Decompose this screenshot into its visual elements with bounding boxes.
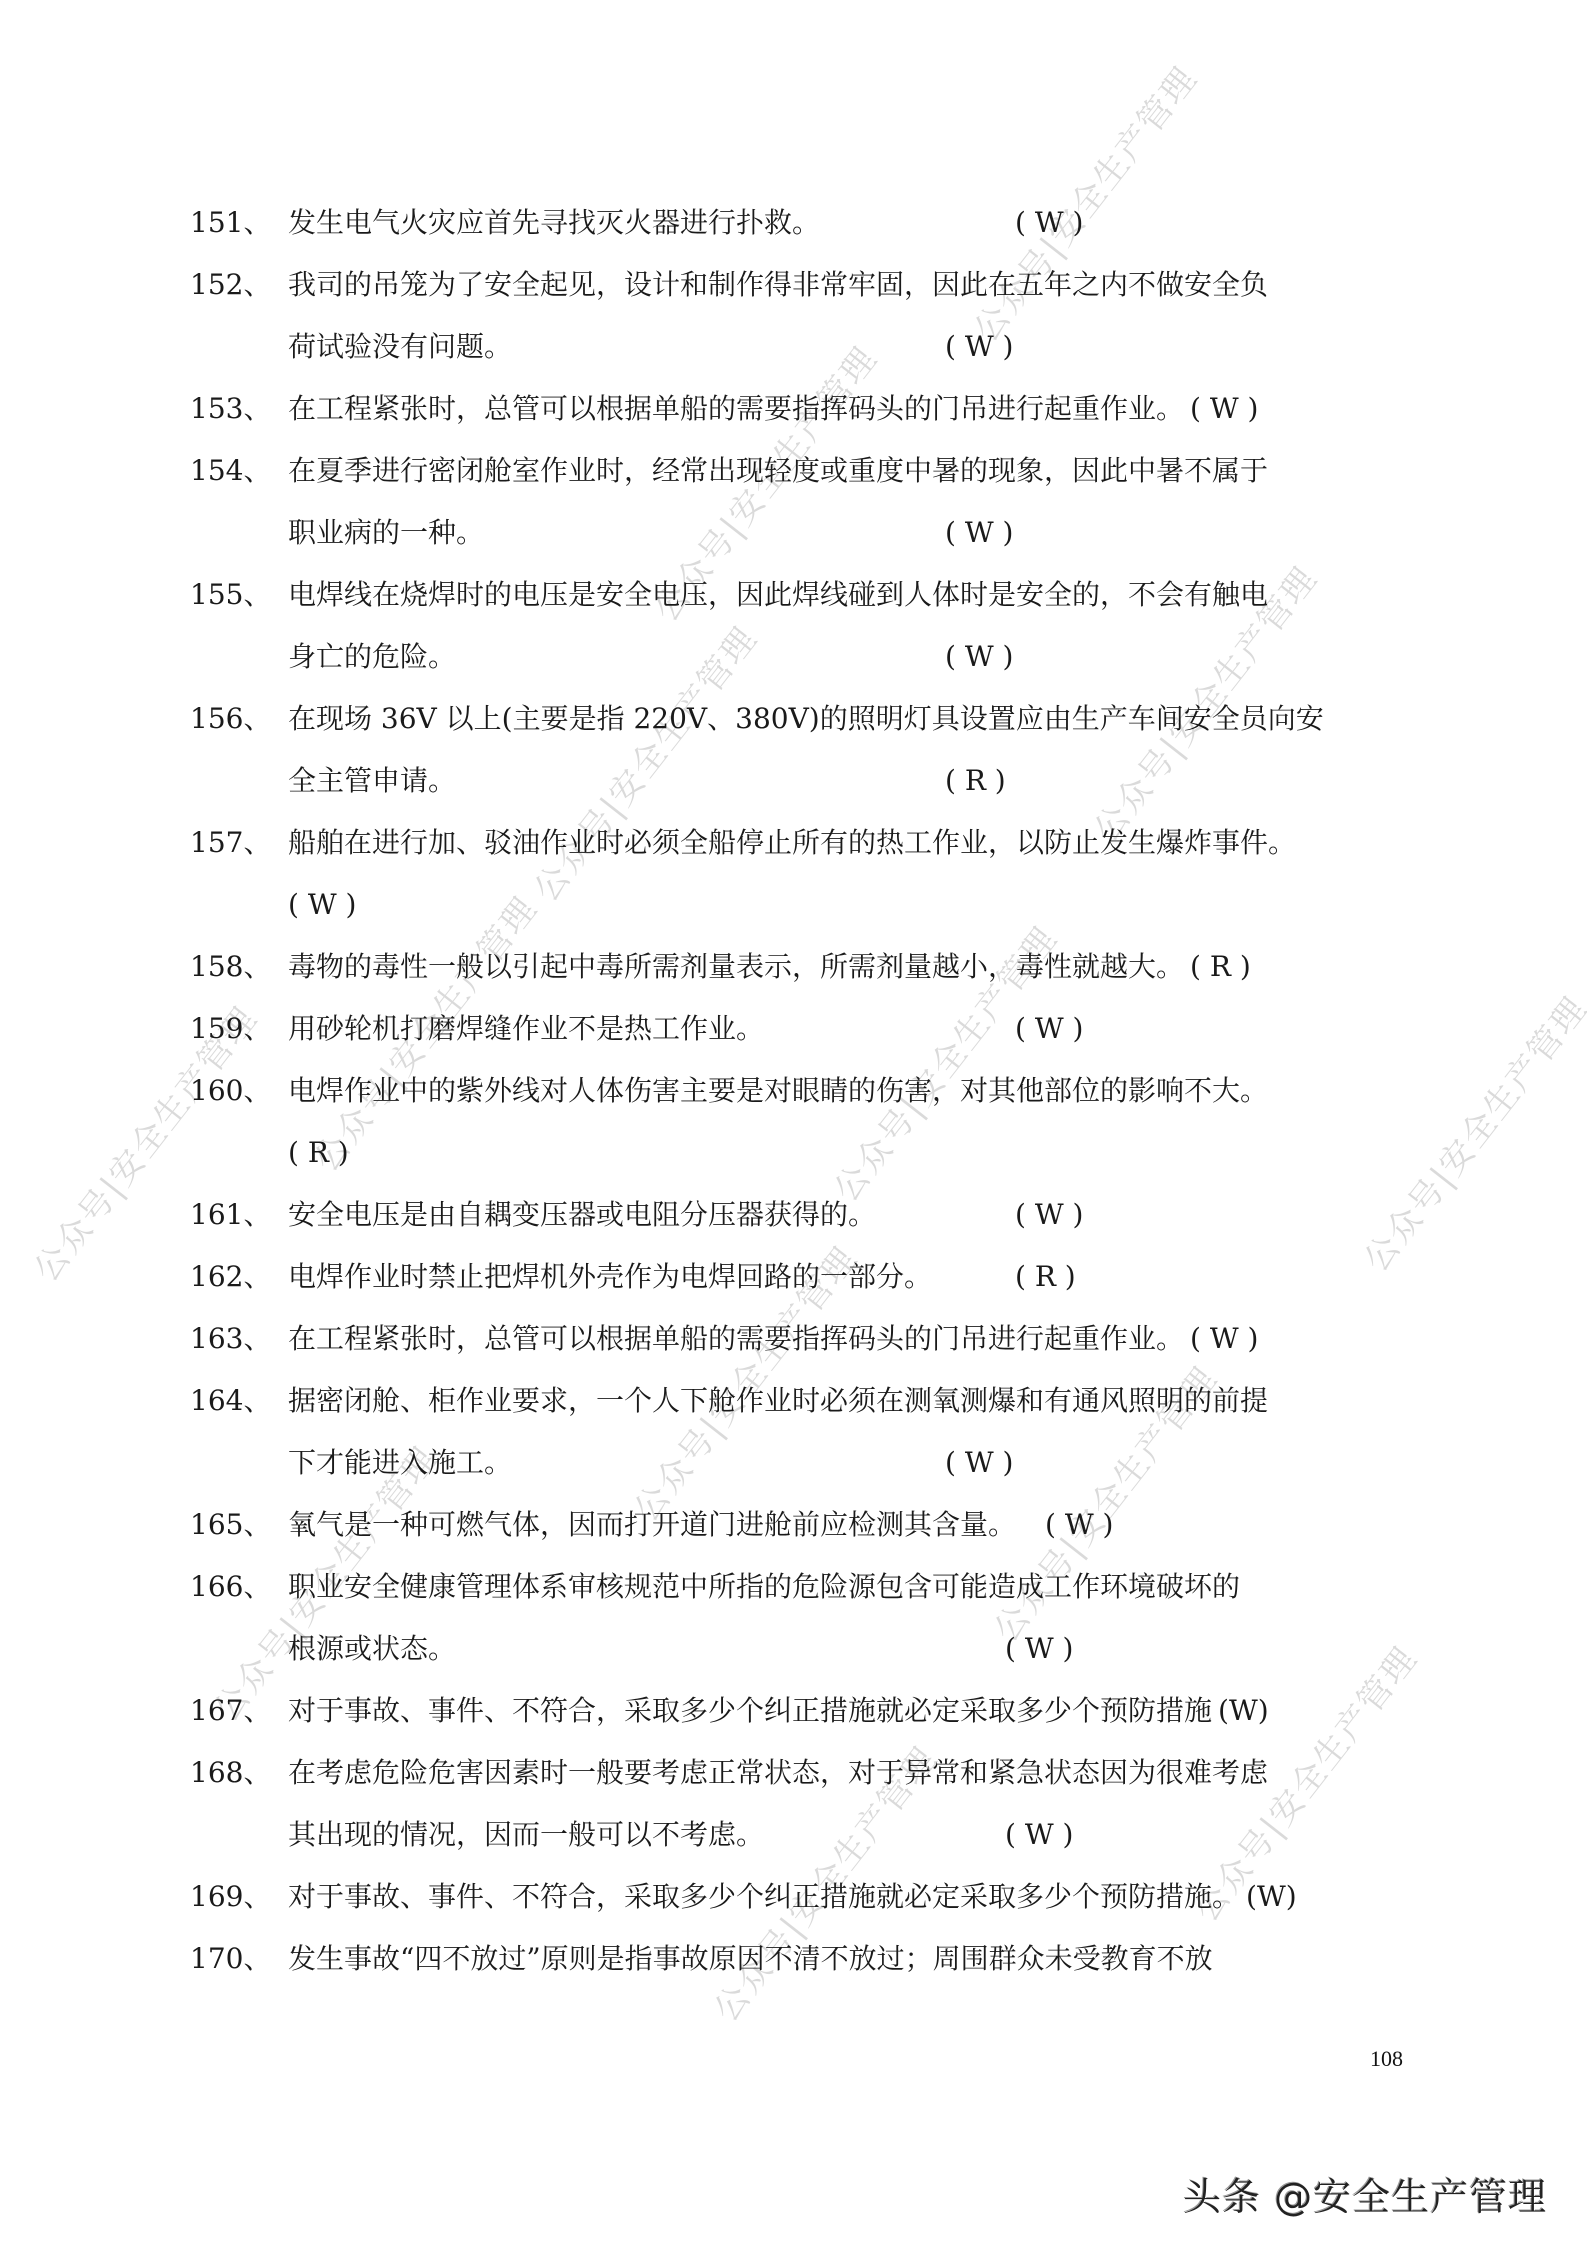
question-number: 158、 bbox=[190, 936, 286, 998]
question-item: 162、电焊作业时禁止把焊机外壳作为电焊回路的一部分。( R ) bbox=[190, 1246, 1410, 1308]
question-text-line: 电焊作业时禁止把焊机外壳作为电焊回路的一部分。( R ) bbox=[288, 1246, 1410, 1308]
question-item: 165、氧气是一种可燃气体，因而打开道门进舱前应检测其含量。( W ) bbox=[190, 1494, 1410, 1556]
answer-mark: ( W ) bbox=[1015, 998, 1083, 1060]
question-text-line: 发生电气火灾应首先寻找灭火器进行扑救。( W ) bbox=[288, 192, 1410, 254]
question-body: 船舶在进行加、驳油作业时必须全船停止所有的热工作业，以防止发生爆炸事件。( W … bbox=[288, 812, 1410, 936]
question-number: 159、 bbox=[190, 998, 286, 1060]
answer-mark: ( R ) bbox=[1015, 1246, 1076, 1308]
question-text-line: 氧气是一种可燃气体，因而打开道门进舱前应检测其含量。( W ) bbox=[288, 1494, 1410, 1556]
question-number: 164、 bbox=[190, 1370, 286, 1432]
question-text-line: 荷试验没有问题。( W ) bbox=[288, 316, 1410, 378]
question-text-line: 根源或状态。( W ) bbox=[288, 1618, 1410, 1680]
question-number: 170、 bbox=[190, 1928, 286, 1990]
question-text: 我司的吊笼为了安全起见，设计和制作得非常牢固，因此在五年之内不做安全负 bbox=[288, 268, 1268, 301]
answer-mark: ( W ) bbox=[945, 502, 1013, 564]
question-text: 全主管申请。 bbox=[288, 764, 456, 797]
answer-mark: ( W ) bbox=[288, 888, 356, 921]
question-body: 毒物的毒性一般以引起中毒所需剂量表示，所需剂量越小，毒性就越大。( R ) bbox=[288, 936, 1410, 998]
question-number: 168、 bbox=[190, 1742, 286, 1804]
question-text: 电焊线在烧焊时的电压是安全电压，因此焊线碰到人体时是安全的，不会有触电 bbox=[288, 578, 1268, 611]
question-number: 155、 bbox=[190, 564, 286, 626]
answer-mark: ( W ) bbox=[1190, 1322, 1258, 1355]
answer-mark: ( W ) bbox=[945, 626, 1013, 688]
answer-mark: ( W ) bbox=[1015, 1184, 1083, 1246]
question-text: 职业病的一种。 bbox=[288, 516, 484, 549]
question-number: 157、 bbox=[190, 812, 286, 874]
question-text-line: 在考虑危险危害因素时一般要考虑正常状态，对于异常和紧急状态因为很难考虑 bbox=[288, 1742, 1410, 1804]
question-text-line: 我司的吊笼为了安全起见，设计和制作得非常牢固，因此在五年之内不做安全负 bbox=[288, 254, 1410, 316]
question-body: 职业安全健康管理体系审核规范中所指的危险源包含可能造成工作环境破坏的根源或状态。… bbox=[288, 1556, 1410, 1680]
question-item: 151、发生电气火灾应首先寻找灭火器进行扑救。( W ) bbox=[190, 192, 1410, 254]
question-text-line: 毒物的毒性一般以引起中毒所需剂量表示，所需剂量越小，毒性就越大。( R ) bbox=[288, 936, 1410, 998]
question-item: 166、职业安全健康管理体系审核规范中所指的危险源包含可能造成工作环境破坏的根源… bbox=[190, 1556, 1410, 1680]
answer-mark: ( W ) bbox=[1045, 1494, 1113, 1556]
question-text: 用砂轮机打磨焊缝作业不是热工作业。 bbox=[288, 1012, 764, 1045]
answer-mark: (W) bbox=[1218, 1694, 1269, 1727]
question-text: 在工程紧张时，总管可以根据单船的需要指挥码头的门吊进行起重作业。 bbox=[288, 1322, 1184, 1355]
question-body: 电焊作业时禁止把焊机外壳作为电焊回路的一部分。( R ) bbox=[288, 1246, 1410, 1308]
question-text-line: 安全电压是由自耦变压器或电阻分压器获得的。( W ) bbox=[288, 1184, 1410, 1246]
question-body: 氧气是一种可燃气体，因而打开道门进舱前应检测其含量。( W ) bbox=[288, 1494, 1410, 1556]
question-body: 电焊作业中的紫外线对人体伤害主要是对眼睛的伤害，对其他部位的影响不大。( R ) bbox=[288, 1060, 1410, 1184]
question-text: 对于事故、事件、不符合，采取多少个纠正措施就必定采取多少个预防措施 bbox=[288, 1694, 1212, 1727]
question-body: 在工程紧张时，总管可以根据单船的需要指挥码头的门吊进行起重作业。( W ) bbox=[288, 378, 1410, 440]
question-text-line: 在工程紧张时，总管可以根据单船的需要指挥码头的门吊进行起重作业。( W ) bbox=[288, 1308, 1410, 1370]
answer-mark: ( R ) bbox=[1190, 950, 1251, 983]
question-text: 在现场 36V 以上(主要是指 220V、380V)的照明灯具设置应由生产车间安… bbox=[288, 702, 1324, 735]
question-item: 163、在工程紧张时，总管可以根据单船的需要指挥码头的门吊进行起重作业。( W … bbox=[190, 1308, 1410, 1370]
question-number: 169、 bbox=[190, 1866, 286, 1928]
question-text-line: 其出现的情况，因而一般可以不考虑。( W ) bbox=[288, 1804, 1410, 1866]
question-text-line: 在工程紧张时，总管可以根据单船的需要指挥码头的门吊进行起重作业。( W ) bbox=[288, 378, 1410, 440]
footer-brand: 头条 @安全生产管理 bbox=[1183, 2166, 1547, 2221]
question-item: 155、电焊线在烧焊时的电压是安全电压，因此焊线碰到人体时是安全的，不会有触电身… bbox=[190, 564, 1410, 688]
document-page: 公众号|安全生产管理公众号|安全生产管理公众号|安全生产管理公众号|安全生产管理… bbox=[0, 0, 1587, 2245]
question-number: 165、 bbox=[190, 1494, 286, 1556]
question-text-line: 对于事故、事件、不符合，采取多少个纠正措施就必定采取多少个预防措施(W) bbox=[288, 1680, 1410, 1742]
question-number: 154、 bbox=[190, 440, 286, 502]
question-text-line: 在现场 36V 以上(主要是指 220V、380V)的照明灯具设置应由生产车间安… bbox=[288, 688, 1410, 750]
question-item: 156、在现场 36V 以上(主要是指 220V、380V)的照明灯具设置应由生… bbox=[190, 688, 1410, 812]
question-item: 167、对于事故、事件、不符合，采取多少个纠正措施就必定采取多少个预防措施(W) bbox=[190, 1680, 1410, 1742]
question-number: 151、 bbox=[190, 192, 286, 254]
question-body: 发生电气火灾应首先寻找灭火器进行扑救。( W ) bbox=[288, 192, 1410, 254]
question-text-line: 职业病的一种。( W ) bbox=[288, 502, 1410, 564]
question-text: 职业安全健康管理体系审核规范中所指的危险源包含可能造成工作环境破坏的 bbox=[288, 1570, 1240, 1603]
question-text: 发生事故“四不放过”原则是指事故原因不清不放过；周围群众未受教育不放 bbox=[288, 1942, 1213, 1975]
question-item: 154、在夏季进行密闭舱室作业时，经常出现轻度或重度中暑的现象，因此中暑不属于职… bbox=[190, 440, 1410, 564]
question-body: 我司的吊笼为了安全起见，设计和制作得非常牢固，因此在五年之内不做安全负荷试验没有… bbox=[288, 254, 1410, 378]
answer-mark: ( W ) bbox=[945, 316, 1013, 378]
question-text-line: 下才能进入施工。( W ) bbox=[288, 1432, 1410, 1494]
question-item: 164、据密闭舱、柜作业要求，一个人下舱作业时必须在测氧测爆和有通风照明的前提下… bbox=[190, 1370, 1410, 1494]
question-body: 在夏季进行密闭舱室作业时，经常出现轻度或重度中暑的现象，因此中暑不属于职业病的一… bbox=[288, 440, 1410, 564]
answer-mark: ( W ) bbox=[945, 1432, 1013, 1494]
answer-mark: ( R ) bbox=[288, 1136, 349, 1169]
question-number: 162、 bbox=[190, 1246, 286, 1308]
question-text: 氧气是一种可燃气体，因而打开道门进舱前应检测其含量。 bbox=[288, 1508, 1016, 1541]
question-text: 下才能进入施工。 bbox=[288, 1446, 512, 1479]
question-text: 毒物的毒性一般以引起中毒所需剂量表示，所需剂量越小，毒性就越大。 bbox=[288, 950, 1184, 983]
question-text: 船舶在进行加、驳油作业时必须全船停止所有的热工作业，以防止发生爆炸事件。 bbox=[288, 826, 1296, 859]
question-item: 157、船舶在进行加、驳油作业时必须全船停止所有的热工作业，以防止发生爆炸事件。… bbox=[190, 812, 1410, 936]
question-item: 161、安全电压是由自耦变压器或电阻分压器获得的。( W ) bbox=[190, 1184, 1410, 1246]
question-number: 163、 bbox=[190, 1308, 286, 1370]
question-number: 160、 bbox=[190, 1060, 286, 1122]
question-number: 166、 bbox=[190, 1556, 286, 1618]
question-text: 在考虑危险危害因素时一般要考虑正常状态，对于异常和紧急状态因为很难考虑 bbox=[288, 1756, 1268, 1789]
question-text: 据密闭舱、柜作业要求，一个人下舱作业时必须在测氧测爆和有通风照明的前提 bbox=[288, 1384, 1268, 1417]
question-number: 156、 bbox=[190, 688, 286, 750]
question-number: 152、 bbox=[190, 254, 286, 316]
answer-mark: (W) bbox=[1246, 1880, 1297, 1913]
question-item: 153、在工程紧张时，总管可以根据单船的需要指挥码头的门吊进行起重作业。( W … bbox=[190, 378, 1410, 440]
answer-mark: ( W ) bbox=[1015, 192, 1083, 254]
question-text-line: ( R ) bbox=[288, 1122, 1410, 1184]
question-text: 电焊作业中的紫外线对人体伤害主要是对眼睛的伤害，对其他部位的影响不大。 bbox=[288, 1074, 1268, 1107]
question-body: 对于事故、事件、不符合，采取多少个纠正措施就必定采取多少个预防措施(W) bbox=[288, 1680, 1410, 1742]
answer-mark: ( W ) bbox=[1190, 392, 1258, 425]
question-number: 161、 bbox=[190, 1184, 286, 1246]
question-text-line: 据密闭舱、柜作业要求，一个人下舱作业时必须在测氧测爆和有通风照明的前提 bbox=[288, 1370, 1410, 1432]
answer-mark: ( W ) bbox=[1005, 1804, 1073, 1866]
question-item: 158、毒物的毒性一般以引起中毒所需剂量表示，所需剂量越小，毒性就越大。( R … bbox=[190, 936, 1410, 998]
question-text-line: 电焊线在烧焊时的电压是安全电压，因此焊线碰到人体时是安全的，不会有触电 bbox=[288, 564, 1410, 626]
answer-mark: ( W ) bbox=[1005, 1618, 1073, 1680]
question-text: 发生电气火灾应首先寻找灭火器进行扑救。 bbox=[288, 206, 820, 239]
question-text: 其出现的情况，因而一般可以不考虑。 bbox=[288, 1818, 764, 1851]
question-text: 荷试验没有问题。 bbox=[288, 330, 512, 363]
question-body: 在工程紧张时，总管可以根据单船的需要指挥码头的门吊进行起重作业。( W ) bbox=[288, 1308, 1410, 1370]
answer-mark: ( R ) bbox=[945, 750, 1006, 812]
question-body: 据密闭舱、柜作业要求，一个人下舱作业时必须在测氧测爆和有通风照明的前提下才能进入… bbox=[288, 1370, 1410, 1494]
question-body: 在现场 36V 以上(主要是指 220V、380V)的照明灯具设置应由生产车间安… bbox=[288, 688, 1410, 812]
question-text: 对于事故、事件、不符合，采取多少个纠正措施就必定采取多少个预防措施。 bbox=[288, 1880, 1240, 1913]
question-text: 根源或状态。 bbox=[288, 1632, 456, 1665]
page-number: 108 bbox=[1370, 2046, 1403, 2072]
question-text-line: 对于事故、事件、不符合，采取多少个纠正措施就必定采取多少个预防措施。(W) bbox=[288, 1866, 1410, 1928]
question-body: 安全电压是由自耦变压器或电阻分压器获得的。( W ) bbox=[288, 1184, 1410, 1246]
question-text-line: 身亡的危险。( W ) bbox=[288, 626, 1410, 688]
question-body: 对于事故、事件、不符合，采取多少个纠正措施就必定采取多少个预防措施。(W) bbox=[288, 1866, 1410, 1928]
question-text-line: ( W ) bbox=[288, 874, 1410, 936]
question-number: 153、 bbox=[190, 378, 286, 440]
question-text-line: 职业安全健康管理体系审核规范中所指的危险源包含可能造成工作环境破坏的 bbox=[288, 1556, 1410, 1618]
question-text-line: 电焊作业中的紫外线对人体伤害主要是对眼睛的伤害，对其他部位的影响不大。 bbox=[288, 1060, 1410, 1122]
question-text: 安全电压是由自耦变压器或电阻分压器获得的。 bbox=[288, 1198, 876, 1231]
question-text: 在工程紧张时，总管可以根据单船的需要指挥码头的门吊进行起重作业。 bbox=[288, 392, 1184, 425]
question-body: 在考虑危险危害因素时一般要考虑正常状态，对于异常和紧急状态因为很难考虑其出现的情… bbox=[288, 1742, 1410, 1866]
question-item: 168、在考虑危险危害因素时一般要考虑正常状态，对于异常和紧急状态因为很难考虑其… bbox=[190, 1742, 1410, 1866]
question-item: 160、电焊作业中的紫外线对人体伤害主要是对眼睛的伤害，对其他部位的影响不大。(… bbox=[190, 1060, 1410, 1184]
question-body: 用砂轮机打磨焊缝作业不是热工作业。( W ) bbox=[288, 998, 1410, 1060]
question-text: 身亡的危险。 bbox=[288, 640, 456, 673]
question-text: 电焊作业时禁止把焊机外壳作为电焊回路的一部分。 bbox=[288, 1260, 932, 1293]
question-item: 170、发生事故“四不放过”原则是指事故原因不清不放过；周围群众未受教育不放 bbox=[190, 1928, 1410, 1990]
question-text-line: 全主管申请。( R ) bbox=[288, 750, 1410, 812]
question-text-line: 在夏季进行密闭舱室作业时，经常出现轻度或重度中暑的现象，因此中暑不属于 bbox=[288, 440, 1410, 502]
question-text-line: 发生事故“四不放过”原则是指事故原因不清不放过；周围群众未受教育不放 bbox=[288, 1928, 1410, 1990]
question-number: 167、 bbox=[190, 1680, 286, 1742]
question-item: 159、用砂轮机打磨焊缝作业不是热工作业。( W ) bbox=[190, 998, 1410, 1060]
question-body: 电焊线在烧焊时的电压是安全电压，因此焊线碰到人体时是安全的，不会有触电身亡的危险… bbox=[288, 564, 1410, 688]
question-text: 在夏季进行密闭舱室作业时，经常出现轻度或重度中暑的现象，因此中暑不属于 bbox=[288, 454, 1268, 487]
question-text-line: 用砂轮机打磨焊缝作业不是热工作业。( W ) bbox=[288, 998, 1410, 1060]
question-body: 发生事故“四不放过”原则是指事故原因不清不放过；周围群众未受教育不放 bbox=[288, 1928, 1410, 1990]
question-text-line: 船舶在进行加、驳油作业时必须全船停止所有的热工作业，以防止发生爆炸事件。 bbox=[288, 812, 1410, 874]
question-item: 152、我司的吊笼为了安全起见，设计和制作得非常牢固，因此在五年之内不做安全负荷… bbox=[190, 254, 1410, 378]
question-item: 169、对于事故、事件、不符合，采取多少个纠正措施就必定采取多少个预防措施。(W… bbox=[190, 1866, 1410, 1928]
